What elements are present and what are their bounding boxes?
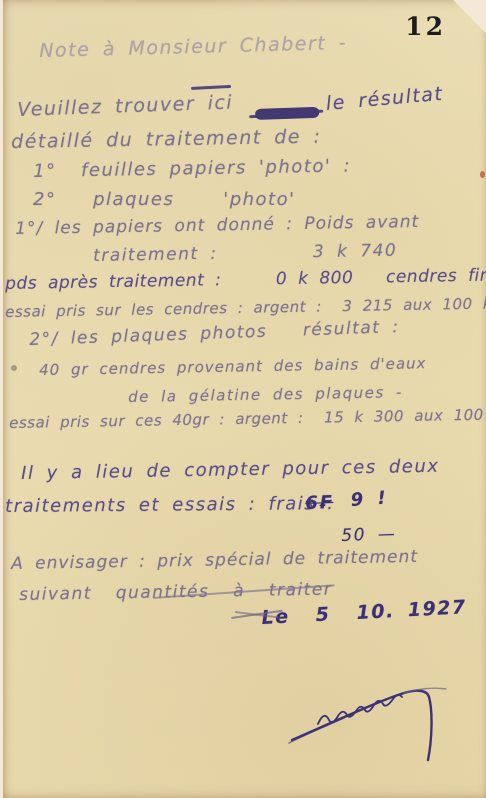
scribbled-out-word [255, 107, 319, 120]
signature-flourish [286, 660, 451, 770]
line-essai-40gr: essai pris sur ces 40gr : argent : 15 k … [9, 405, 486, 432]
line-traitements-frais: traitements et essais : frais : [5, 493, 335, 517]
insertion-dash-mark [191, 85, 231, 90]
amount-nine: 9 ! [350, 487, 388, 510]
line-essai-cendres: essai pris sur les cendres : argent : 3 … [5, 295, 486, 321]
line-gelatine: de la gélatine des plaques - [128, 383, 403, 406]
page-number: 12 [405, 12, 446, 41]
line-le-resultat: le résultat [325, 83, 444, 115]
paper-speck [480, 171, 485, 178]
line-envisager: A envisager : prix spécial de traitement [11, 547, 418, 574]
line-suivant: suivant quantités à traiter [19, 580, 332, 605]
line-traitement-poids: traitement : 3 k 740 [93, 241, 397, 266]
line-detaille: détaillé du traitement de : [11, 126, 322, 153]
line-apres-traitement: pds après traitement : 0 k 800 cendres f… [5, 265, 486, 294]
line-papiers-donne: 1°/ les papiers ont donné : Poids avant [15, 212, 419, 239]
line-veuillez: Veuillez trouver ici [17, 91, 234, 121]
scanned-page: 12 Note à Monsieur Chabert -Veuillez tro… [0, 0, 486, 798]
paper-speck [11, 365, 17, 371]
amount-fifty: 50 — [341, 524, 397, 546]
paper-sheet: 12 Note à Monsieur Chabert -Veuillez tro… [3, 0, 486, 798]
item-2-plaques: 2° plaques 'photo' [33, 189, 296, 210]
header-line: Note à Monsieur Chabert - [39, 32, 347, 62]
item-1-papiers: 1° feuilles papiers 'photo' : [33, 155, 351, 182]
line-plaques-resultat: 2°/ les plaques photos résultat : [29, 317, 400, 350]
line-40gr-cendres: 40 gr cendres provenant des bains d'eaux [39, 354, 427, 379]
amount-struck: 6₣ [305, 492, 334, 514]
line-il-y-a-lieu: Il y a lieu de compter pour ces deux [21, 456, 440, 484]
date-line: Le 5 10. 1927 [261, 596, 467, 629]
